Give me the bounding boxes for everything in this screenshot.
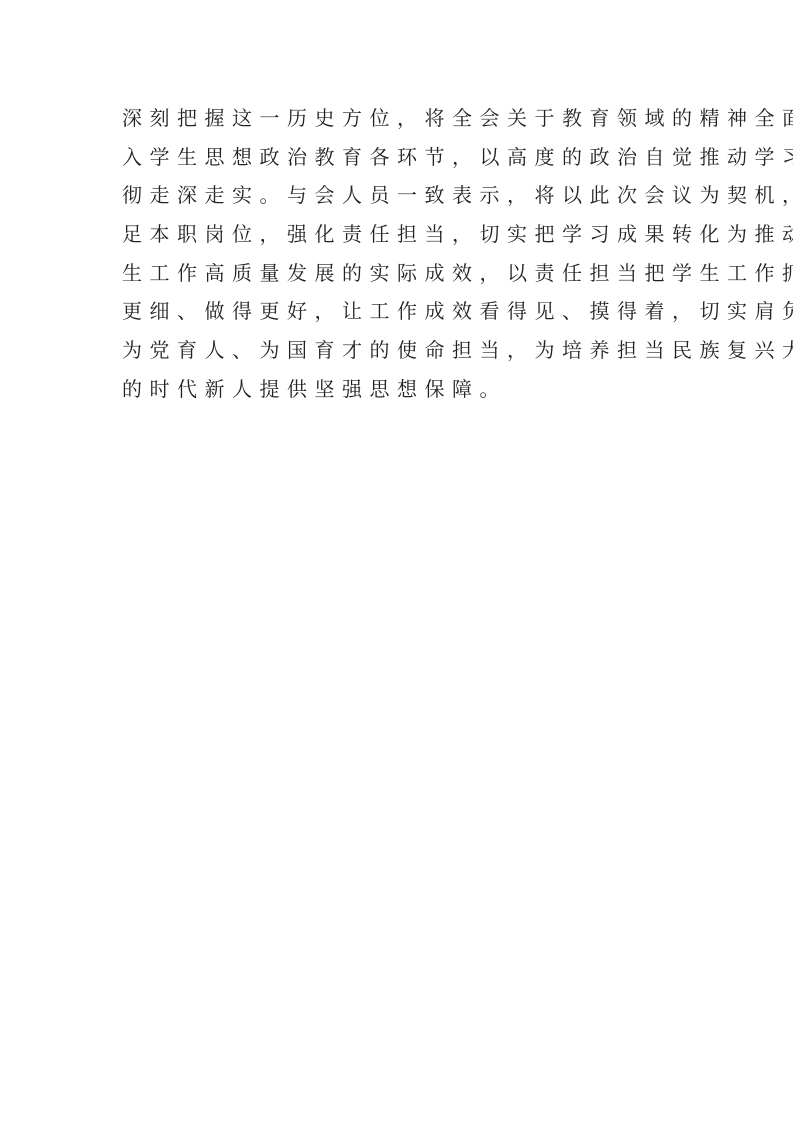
paragraph-line: 足本职岗位，强化责任担当，切实把学习成果转化为推动学 [122, 220, 682, 259]
paragraph-line: 彻走深走实。与会人员一致表示，将以此次会议为契机，立 [122, 181, 682, 220]
paragraph-line: 更细、做得更好，让工作成效看得见、摸得着，切实肩负起 [122, 297, 682, 336]
paragraph-line: 为党育人、为国育才的使命担当，为培养担当民族复兴大任 [122, 336, 682, 375]
paragraph-line: 入学生思想政治教育各环节，以高度的政治自觉推动学习贯 [122, 143, 682, 182]
paragraph-line: 深刻把握这一历史方位，将全会关于教育领域的精神全面融 [122, 104, 682, 143]
body-paragraph: 深刻把握这一历史方位，将全会关于教育领域的精神全面融 入学生思想政治教育各环节，… [122, 104, 682, 414]
paragraph-line: 生工作高质量发展的实际成效，以责任担当把学生工作抓得 [122, 259, 682, 298]
document-page: 深刻把握这一历史方位，将全会关于教育领域的精神全面融 入学生思想政治教育各环节，… [0, 0, 793, 1122]
paragraph-line: 的时代新人提供坚强思想保障。 [122, 375, 682, 414]
